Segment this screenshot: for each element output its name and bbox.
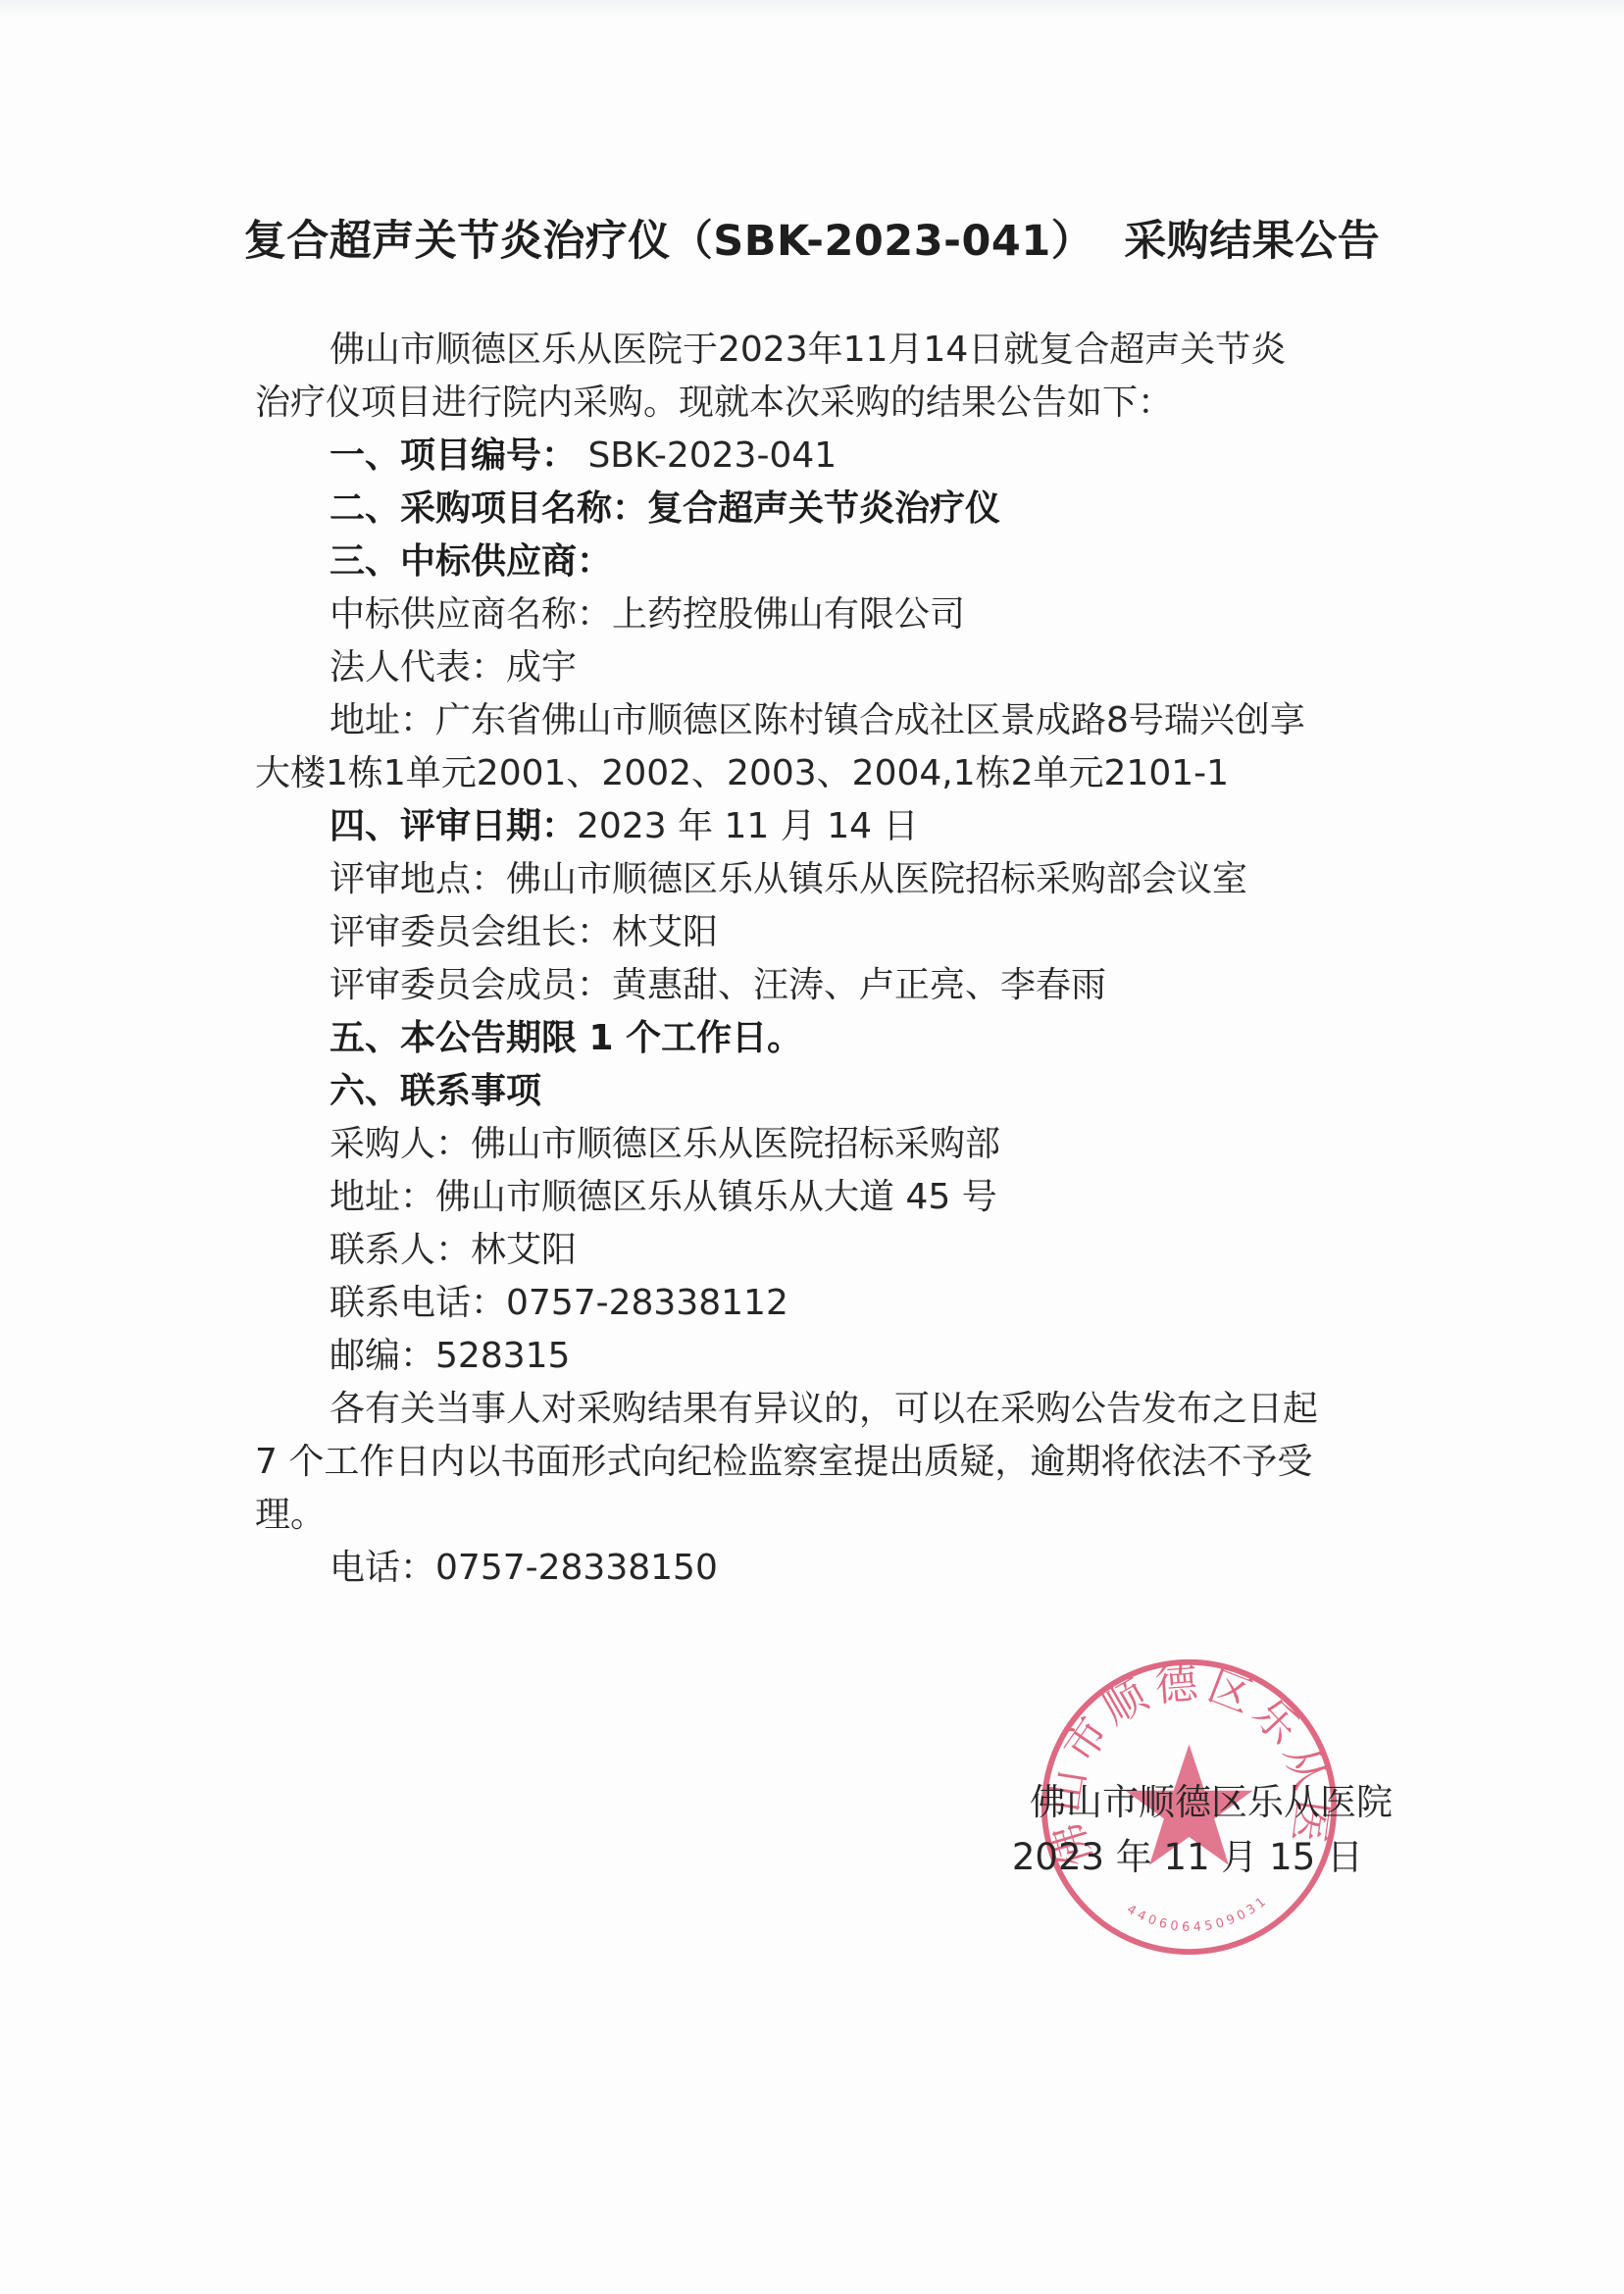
objection-line-2: 7 个工作日内以书面形式向纪检监察室提出质疑，逾期将依法不予受	[255, 1436, 1393, 1489]
project-number-value: SBK-2023-041	[577, 435, 837, 476]
project-number-row: 一、项目编号： SBK-2023-041	[255, 430, 1393, 483]
signature-organization: 佛山市顺德区乐从医院	[981, 1775, 1393, 1830]
signature-block: 佛山市顺德区乐从医院 2023 年 11 月 15 日	[981, 1775, 1393, 1885]
review-members-row: 评审委员会成员：黄惠甜、汪涛、卢正亮、李春雨	[255, 959, 1393, 1012]
supplier-address-line-1: 广东省佛山市顺德区陈村镇合成社区景成路8号瑞兴创享	[435, 700, 1305, 740]
document-title: 复合超声关节炎治疗仪（SBK-2023-041） 采购结果公告	[0, 208, 1624, 268]
objection-line-1: 各有关当事人对采购结果有异议的，可以在采购公告发布之日起	[255, 1383, 1393, 1436]
review-leader-label: 评审委员会组长：	[330, 912, 612, 952]
postcode-row: 邮编：528315	[255, 1330, 1393, 1383]
legal-rep-label: 法人代表：	[330, 647, 506, 688]
review-place-row: 评审地点：佛山市顺德区乐从镇乐从医院招标采购部会议室	[255, 853, 1393, 906]
contact-address-row: 地址：佛山市顺德区乐从镇乐从大道 45 号	[255, 1171, 1393, 1224]
supplier-name-value: 上药控股佛山有限公司	[612, 594, 965, 635]
supplier-name-label: 中标供应商名称：	[330, 594, 612, 635]
supplier-address-label: 地址：	[330, 700, 435, 740]
project-name-label: 二、采购项目名称：	[330, 488, 647, 529]
review-place-label: 评审地点：	[330, 859, 506, 899]
supplier-name-row: 中标供应商名称：上药控股佛山有限公司	[255, 588, 1393, 641]
legal-rep-row: 法人代表：成宇	[255, 641, 1393, 694]
objection-line-3: 理。	[255, 1489, 1393, 1542]
supplier-address-line-2: 大楼1栋1单元2001、2002、2003、2004,1栋2单元2101-1	[255, 747, 1393, 800]
signature-date: 2023 年 11 月 15 日	[981, 1830, 1393, 1885]
notice-period: 五、本公告期限 1 个工作日。	[255, 1012, 1393, 1065]
intro-line-1: 佛山市顺德区乐从医院于2023年11月14日就复合超声关节炎	[255, 324, 1393, 377]
review-place-value: 佛山市顺德区乐从镇乐从医院招标采购部会议室	[506, 859, 1247, 899]
contact-phone-row: 联系电话：0757-28338112	[255, 1277, 1393, 1330]
review-leader-value: 林艾阳	[612, 912, 718, 952]
objection-phone-label: 电话：	[330, 1548, 435, 1588]
postcode-value: 528315	[435, 1336, 570, 1376]
contact-person-label: 联系人：	[330, 1230, 471, 1270]
objection-phone-value: 0757-28338150	[435, 1548, 718, 1588]
contact-address-label: 地址：	[330, 1177, 435, 1217]
purchaser-row: 采购人：佛山市顺德区乐从医院招标采购部	[255, 1118, 1393, 1171]
review-members-value: 黄惠甜、汪涛、卢正亮、李春雨	[612, 965, 1106, 1005]
document-body: 佛山市顺德区乐从医院于2023年11月14日就复合超声关节炎 治疗仪项目进行院内…	[255, 324, 1393, 1595]
contact-phone-label: 联系电话：	[330, 1283, 506, 1323]
review-date-value: 2023 年 11 月 14 日	[577, 806, 918, 846]
svg-text:4406064509031: 4406064509031	[1124, 1893, 1271, 1935]
project-name-value: 复合超声关节炎治疗仪	[647, 488, 1000, 529]
postcode-label: 邮编：	[330, 1336, 435, 1376]
project-name-row: 二、采购项目名称：复合超声关节炎治疗仪	[255, 483, 1393, 535]
contact-person-value: 林艾阳	[471, 1230, 577, 1270]
review-date-label: 四、评审日期：	[330, 806, 577, 846]
review-date-row: 四、评审日期：2023 年 11 月 14 日	[255, 800, 1393, 853]
project-number-label: 一、项目编号：	[330, 435, 577, 476]
legal-rep-value: 成宇	[506, 647, 577, 688]
contact-person-row: 联系人：林艾阳	[255, 1224, 1393, 1277]
supplier-address-row: 地址：广东省佛山市顺德区陈村镇合成社区景成路8号瑞兴创享	[255, 694, 1393, 747]
objection-phone-row: 电话：0757-28338150	[255, 1542, 1393, 1595]
purchaser-label: 采购人：	[330, 1124, 471, 1164]
intro-line-2: 治疗仪项目进行院内采购。现就本次采购的结果公告如下：	[255, 377, 1393, 430]
contact-heading: 六、联系事项	[255, 1065, 1393, 1118]
purchaser-value: 佛山市顺德区乐从医院招标采购部	[471, 1124, 1000, 1164]
document-page: 复合超声关节炎治疗仪（SBK-2023-041） 采购结果公告 佛山市顺德区乐从…	[0, 0, 1624, 2294]
contact-phone-value: 0757-28338112	[506, 1283, 788, 1323]
supplier-heading: 三、中标供应商：	[255, 535, 1393, 588]
review-leader-row: 评审委员会组长：林艾阳	[255, 906, 1393, 959]
review-members-label: 评审委员会成员：	[330, 965, 612, 1005]
seal-code: 4406064509031	[1124, 1893, 1271, 1935]
contact-address-value: 佛山市顺德区乐从镇乐从大道 45 号	[435, 1177, 997, 1217]
